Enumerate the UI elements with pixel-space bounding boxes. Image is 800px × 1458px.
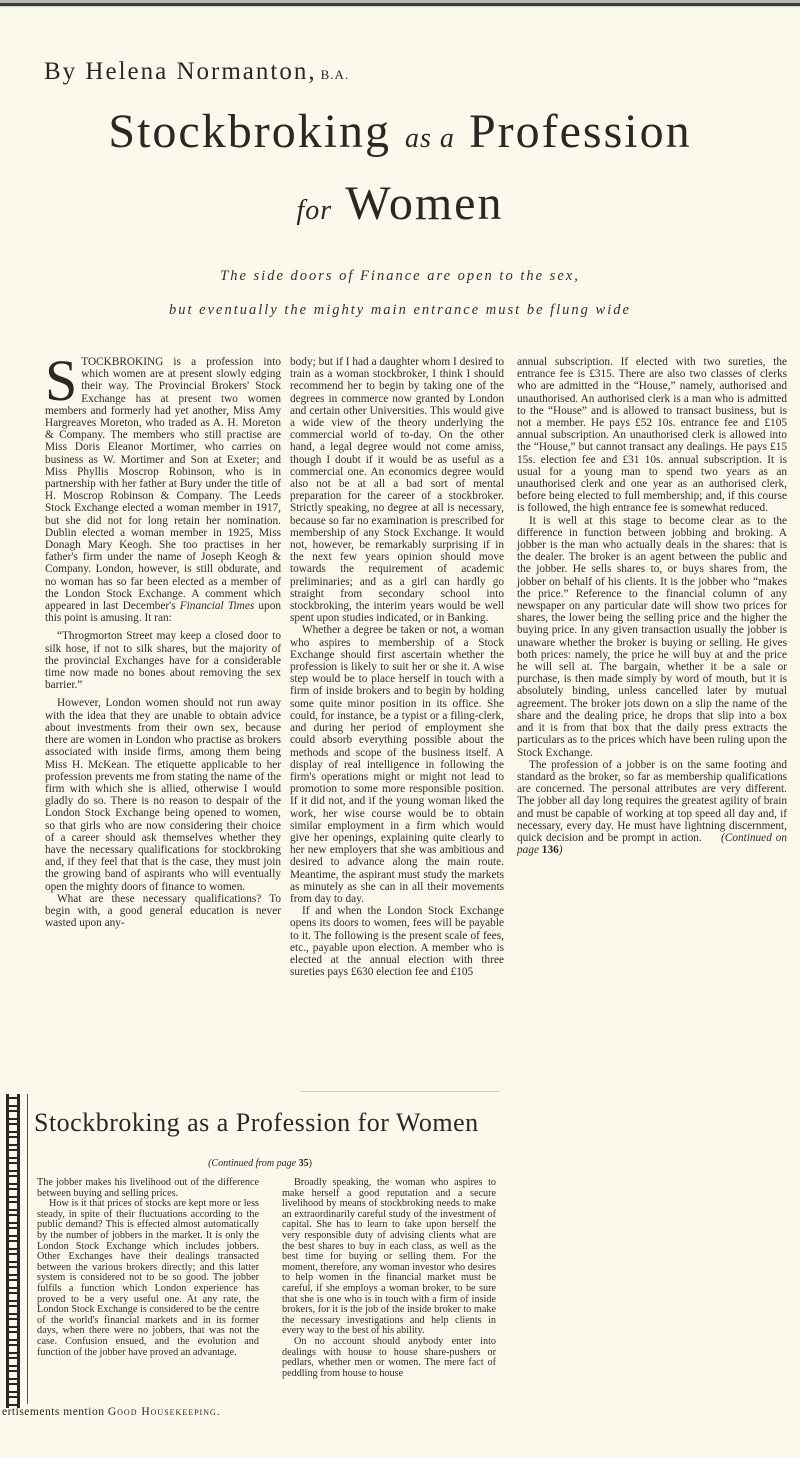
publication-reference: Financial Times (180, 600, 254, 612)
film-strip-border-decoration (6, 1094, 20, 1408)
continued-page-number: 136 (542, 844, 559, 856)
paragraph: Whether a degree be taken or not, a woma… (290, 624, 504, 905)
subheadline-line-2: but eventually the mighty main entrance … (0, 302, 800, 319)
paragraph-text: TOCKBROKING is a profession into which w… (45, 356, 281, 612)
paragraph: It is well at this stage to become clear… (517, 515, 787, 759)
paragraph: The jobber makes his livelihood out of t… (37, 1178, 259, 1199)
article-column-2: body; but if I had a daughter whom I des… (290, 356, 504, 978)
author-degree: B.A. (321, 67, 350, 82)
paragraph: STOCKBROKING is a profession into which … (45, 356, 281, 624)
article-column-1: STOCKBROKING is a profession into which … (45, 356, 281, 929)
drop-cap: S (45, 358, 77, 404)
vertical-rule (27, 1094, 28, 1404)
paragraph: The profession of a jobber is on the sam… (517, 759, 787, 857)
continued-from-label: (Continued from page (208, 1158, 296, 1169)
publication-name: Good Housekeeping. (108, 1406, 221, 1418)
headline-line-1: Stockbroking as a Profession (0, 104, 800, 159)
headline-connector: as a (405, 123, 455, 154)
headline-line-2: for Women (0, 176, 800, 231)
paragraph: Broadly speaking, the woman who aspires … (282, 1178, 496, 1337)
headline-connector: for (297, 195, 333, 226)
subheadline-line-1: The side doors of Finance are open to th… (0, 268, 800, 285)
block-quote: “Throgmorton Street may keep a closed do… (45, 630, 281, 691)
continued-from-close: ) (309, 1158, 312, 1169)
paragraph: annual subscription. If elected with two… (517, 356, 787, 515)
headline-word: Profession (469, 105, 692, 158)
continuation-title: Stockbroking as a Profession for Women (34, 1108, 479, 1138)
author-name: By Helena Normanton, (44, 58, 317, 85)
page-footer: ertisements mention Good Housekeeping. (2, 1406, 221, 1418)
continued-from-note[interactable]: (Continued from page 35) (0, 1158, 520, 1169)
page-top-border (0, 0, 800, 7)
byline: By Helena Normanton,B.A. (44, 58, 349, 86)
continued-from-page-number: 35 (299, 1158, 309, 1169)
paragraph: What are these necessary qualifications?… (45, 893, 281, 930)
footer-text: ertisements mention (2, 1406, 104, 1418)
paragraph: However, London women should not run awa… (45, 697, 281, 892)
article-column-3: annual subscription. If elected with two… (517, 356, 787, 856)
headline-word: Women (345, 177, 503, 230)
section-divider (300, 1091, 500, 1092)
continuation-column-1: The jobber makes his livelihood out of t… (37, 1178, 259, 1358)
paragraph: body; but if I had a daughter whom I des… (290, 356, 504, 624)
paragraph: On no account should anybody enter into … (282, 1337, 496, 1379)
paragraph: If and when the London Stock Exchange op… (290, 905, 504, 978)
paragraph: How is it that prices of stocks are kept… (37, 1199, 259, 1358)
continued-close: ) (559, 844, 563, 856)
headline-word: Stockbroking (108, 105, 391, 158)
continuation-column-2: Broadly speaking, the woman who aspires … (282, 1178, 496, 1379)
